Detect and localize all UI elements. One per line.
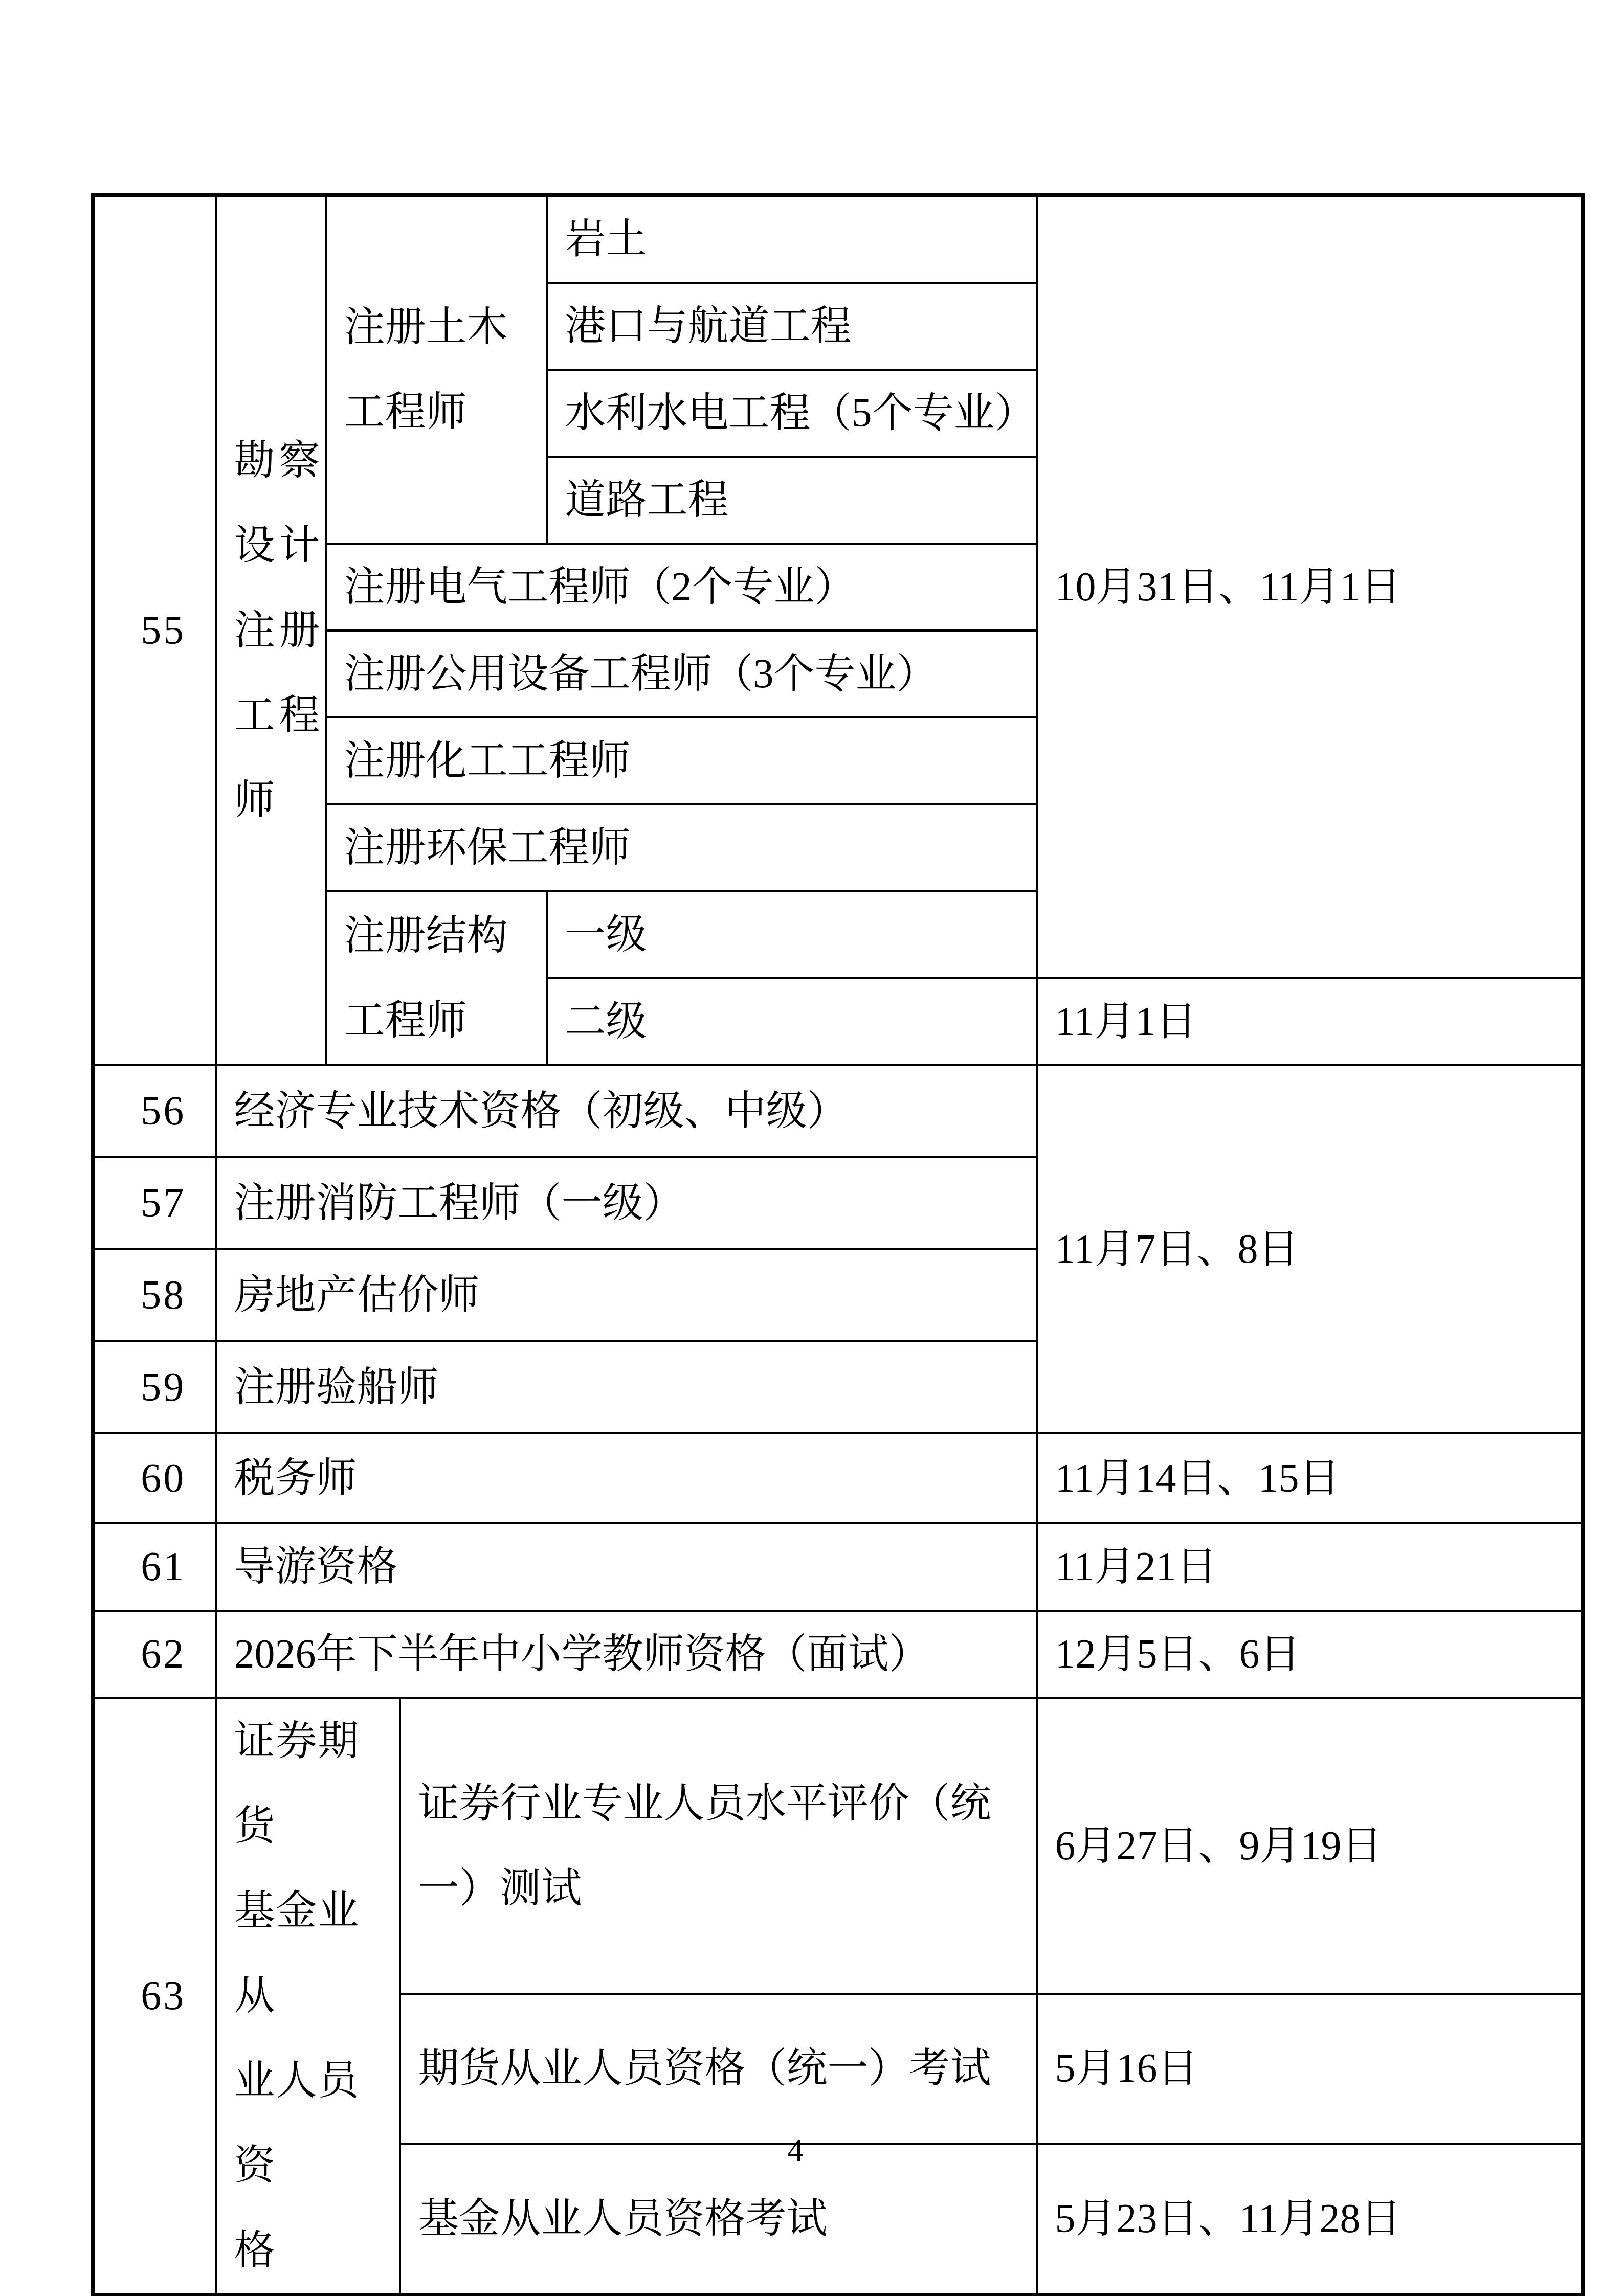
- exam-name-cell-economics: 经济专业技术资格（初级、中级）: [216, 1065, 1037, 1157]
- exam-schedule-table: 55 勘察 设计 注册 工程 师 注册土木 工程师 岩土 10月31日、11月1…: [91, 193, 1585, 2296]
- row-61: 61 导游资格 11月21日: [93, 1523, 1583, 1611]
- exam-name-cell-securities-evaluation: 证券行业专业人员水平评价（统 一）测试: [400, 1698, 1037, 1994]
- civil-engineer-label-cell: 注册土木 工程师: [326, 195, 547, 544]
- category-cell-securities-futures-funds: 证券期货 基金业从 业人员资 格: [216, 1698, 400, 2295]
- row-securities-test: 63 证券期货 基金业从 业人员资 格 证券行业专业人员水平评价（统 一）测试 …: [93, 1698, 1583, 1994]
- level-cell-level1: 一级: [547, 891, 1037, 978]
- specialty-cell-hydropower: 水利水电工程（5个专业）: [547, 370, 1037, 457]
- document-page: 55 勘察 设计 注册 工程 师 注册土木 工程师 岩土 10月31日、11月1…: [0, 0, 1624, 2296]
- exam-name-cell-electrical-engineer: 注册电气工程师（2个专业）: [326, 544, 1037, 631]
- specialty-cell-geotechnical: 岩土: [547, 195, 1037, 283]
- row60-number-cell: 60: [93, 1433, 216, 1523]
- specialty-cell-port-waterway: 港口与航道工程: [547, 283, 1037, 370]
- exam-date-cell-56-59: 11月7日、8日: [1037, 1065, 1583, 1433]
- row61-number-cell: 61: [93, 1523, 216, 1611]
- exam-name-cell-ship-surveyor: 注册验船师: [216, 1341, 1037, 1433]
- row-60: 60 税务师 11月14日、15日: [93, 1433, 1583, 1523]
- row55-number-cell: 55: [93, 195, 216, 1066]
- page-number: 4: [0, 2131, 1591, 2169]
- category-cell-survey-design-engineer: 勘察 设计 注册 工程 师: [216, 195, 326, 1066]
- exam-date-cell-teacher-qualification: 12月5日、6日: [1037, 1611, 1583, 1698]
- exam-date-cell-tour-guide: 11月21日: [1037, 1523, 1583, 1611]
- exam-name-cell-fire-engineer: 注册消防工程师（一级）: [216, 1157, 1037, 1249]
- specialty-cell-road: 道路工程: [547, 457, 1037, 544]
- exam-date-cell-tax-advisor: 11月14日、15日: [1037, 1433, 1583, 1523]
- exam-name-cell-real-estate-appraiser: 房地产估价师: [216, 1249, 1037, 1341]
- exam-date-cell-block55-main: 10月31日、11月1日: [1037, 195, 1583, 979]
- row-geotechnical: 55 勘察 设计 注册 工程 师 注册土木 工程师 岩土 10月31日、11月1…: [93, 195, 1583, 283]
- exam-name-cell-teacher-qualification: 2026年下半年中小学教师资格（面试）: [216, 1611, 1037, 1698]
- exam-name-cell-tour-guide: 导游资格: [216, 1523, 1037, 1611]
- exam-name-cell-futures-qualification: 期货从业人员资格（统一）考试: [400, 1994, 1037, 2144]
- exam-date-cell-securities-evaluation: 6月27日、9月19日: [1037, 1698, 1583, 1994]
- exam-date-cell-futures-qualification: 5月16日: [1037, 1994, 1583, 2144]
- row-56: 56 经济专业技术资格（初级、中级） 11月7日、8日: [93, 1065, 1583, 1157]
- row56-number-cell: 56: [93, 1065, 216, 1157]
- exam-name-cell-environmental-engineer: 注册环保工程师: [326, 804, 1037, 891]
- row62-number-cell: 62: [93, 1611, 216, 1698]
- exam-name-cell-chemical-engineer: 注册化工工程师: [326, 717, 1037, 804]
- row-62: 62 2026年下半年中小学教师资格（面试） 12月5日、6日: [93, 1611, 1583, 1698]
- level-cell-level2: 二级: [547, 978, 1037, 1065]
- row58-number-cell: 58: [93, 1249, 216, 1341]
- row57-number-cell: 57: [93, 1157, 216, 1249]
- exam-name-cell-public-utility-engineer: 注册公用设备工程师（3个专业）: [326, 631, 1037, 717]
- structural-engineer-label-cell: 注册结构 工程师: [326, 891, 547, 1065]
- row59-number-cell: 59: [93, 1341, 216, 1433]
- row63-number-cell: 63: [93, 1698, 216, 2295]
- exam-date-cell-level2: 11月1日: [1037, 978, 1583, 1065]
- exam-name-cell-tax-advisor: 税务师: [216, 1433, 1037, 1523]
